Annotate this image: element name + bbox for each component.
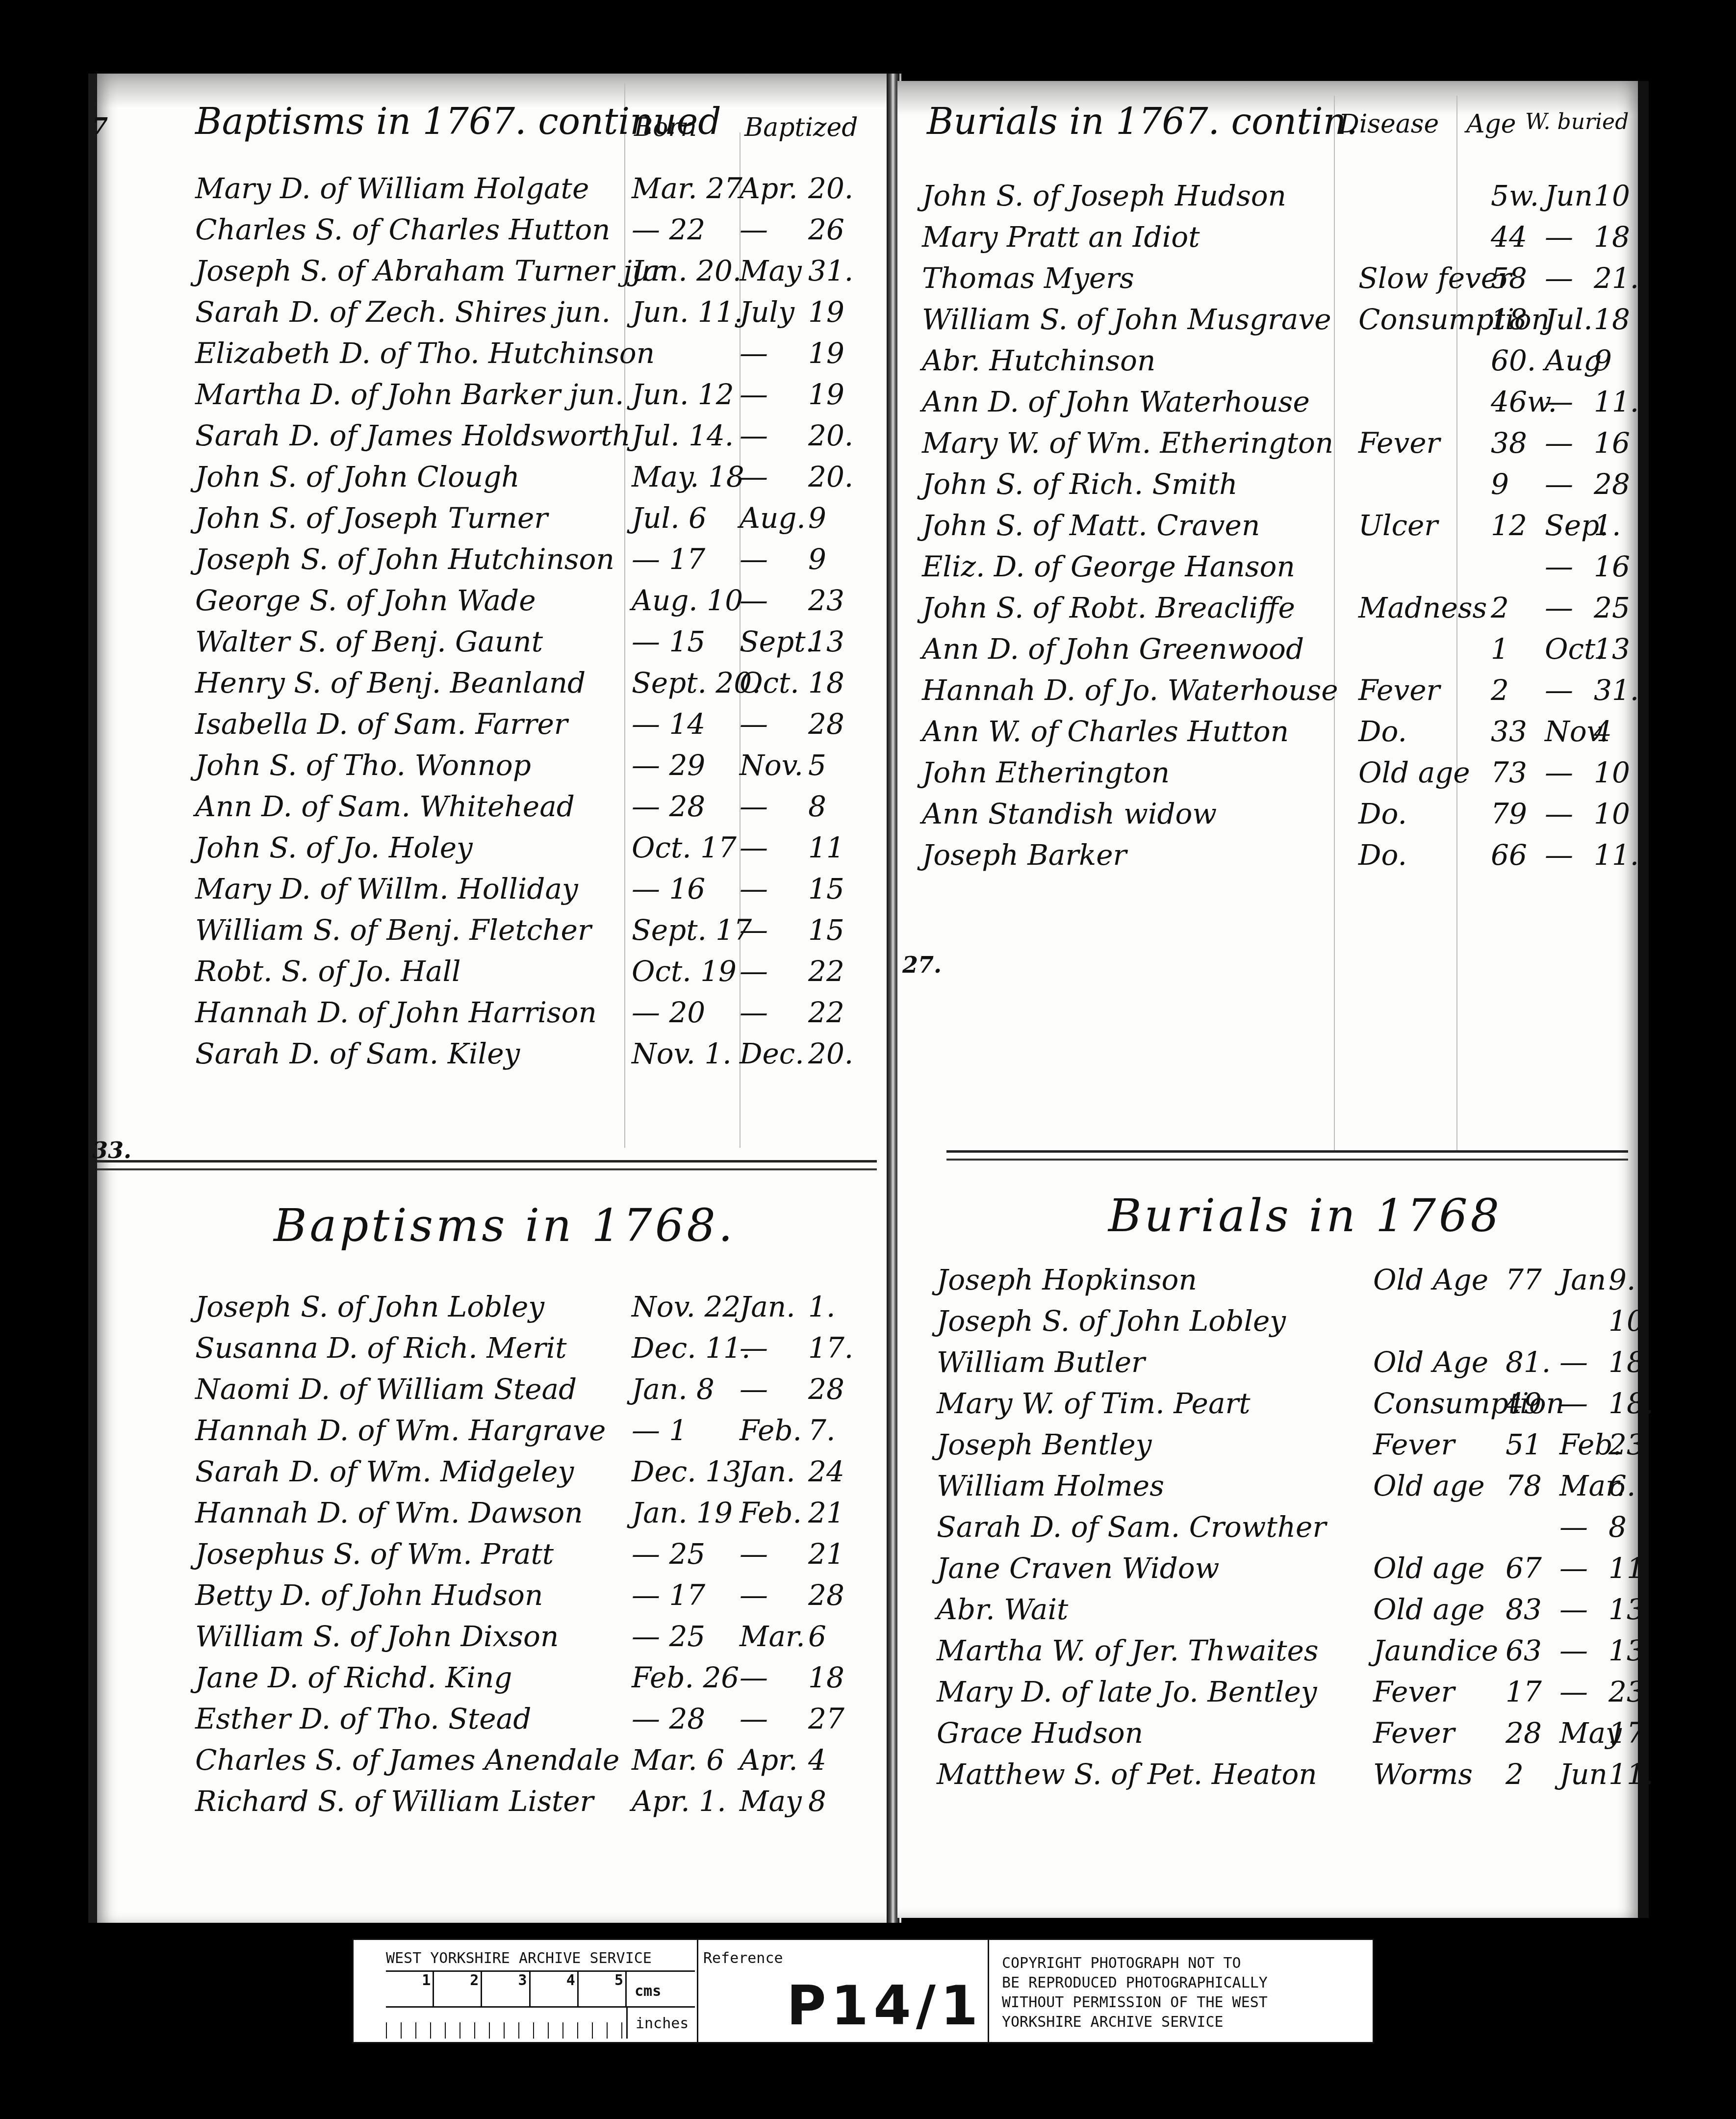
age-at-death: 66 <box>1491 838 1535 872</box>
right-register-page: Burials in 1767. contin. Disease Age W. … <box>897 81 1649 1918</box>
register-entry: John S. of Matt. CravenUlcer12Sep.1. <box>922 509 1628 550</box>
baptism-day: 23 <box>808 584 862 617</box>
age-at-death: 63 <box>1506 1634 1550 1667</box>
baptism-month: July <box>740 295 793 329</box>
reference-cell: Reference P14/1 <box>698 1940 989 2042</box>
baptism-day: 20. <box>808 460 862 493</box>
register-entry: Ann D. of John Greenwood1Oct.13 <box>922 632 1628 673</box>
age-at-death: 49 <box>1506 1387 1550 1420</box>
baptism-month: — <box>740 872 793 905</box>
copyright-line: COPYRIGHT PHOTOGRAPH NOT TO <box>1002 1954 1373 1973</box>
burial-day: 17 <box>1608 1716 1653 1750</box>
burial-day: 8 <box>1608 1510 1653 1544</box>
baptism-month: — <box>740 213 793 246</box>
register-entry: Sarah D. of Wm. MidgeleyDec. 13Jan.24 <box>195 1455 892 1496</box>
baptism-day: 28 <box>808 1578 862 1612</box>
deceased-name: Ann Standish widow <box>922 797 1217 830</box>
register-entry: John S. of Tho. Wonnop— 29Nov.5 <box>195 749 892 790</box>
register-entry: Charles S. of Charles Hutton— 22—26 <box>195 213 892 254</box>
burial-month: Mar. <box>1559 1469 1608 1502</box>
born-date: Jan. 20. <box>632 254 735 287</box>
burial-month: — <box>1559 1634 1608 1667</box>
archive-reference-label: WEST YORKSHIRE ARCHIVE SERVICE 12345cms … <box>352 1938 1374 2043</box>
baptism-day: 28 <box>808 707 862 741</box>
deceased-name: Mary Pratt an Idiot <box>922 220 1200 254</box>
child-name: Walter S. of Benj. Gaunt <box>195 625 543 658</box>
burial-month: Jul. <box>1545 303 1594 336</box>
age-at-death: 5w. <box>1491 179 1535 212</box>
left-register-page: 7 Baptisms in 1767. continued Born Bapti… <box>88 74 901 1923</box>
burial-month: Feb. <box>1559 1428 1608 1461</box>
inch-unit: inches <box>628 2006 689 2039</box>
baptism-month: — <box>740 707 793 741</box>
copyright-notice: COPYRIGHT PHOTOGRAPH NOT TOBE REPRODUCED… <box>989 1940 1373 2042</box>
deceased-name: Grace Hudson <box>937 1716 1143 1750</box>
register-entry: Mary Pratt an Idiot44—18 <box>922 220 1628 261</box>
age-at-death: 12 <box>1491 509 1535 542</box>
age-at-death: 17 <box>1506 1675 1550 1708</box>
born-date: Dec. 11. <box>632 1331 735 1365</box>
age-at-death: 77 <box>1506 1263 1550 1296</box>
baptism-day: 18 <box>808 1661 862 1694</box>
burial-day: 13 <box>1608 1634 1653 1667</box>
baptism-day: 15 <box>808 913 862 947</box>
burial-day: 1. <box>1594 509 1638 542</box>
register-entry: John S. of Robt. BreacliffeMadness2—25 <box>922 591 1628 632</box>
deceased-name: Jane Craven Widow <box>937 1551 1219 1585</box>
baptism-day: 22 <box>808 996 862 1029</box>
born-date: Nov. 1. <box>632 1037 735 1070</box>
register-entry: Joseph S. of John Lobley10 <box>937 1304 1628 1345</box>
register-entry: Isabella D. of Sam. Farrer— 14—28 <box>195 707 892 749</box>
register-entry: Hannah D. of Wm. DawsonJan. 19Feb.21 <box>195 1496 892 1537</box>
age-at-death: 83 <box>1506 1593 1550 1626</box>
register-entry: John S. of John CloughMay. 18—20. <box>195 460 892 501</box>
child-name: Martha D. of John Barker jun. <box>195 378 624 411</box>
inch-ticks <box>386 2006 628 2039</box>
column-header-buried: W. buried <box>1525 109 1629 134</box>
baptism-month: May <box>740 254 793 287</box>
baptism-day: 24 <box>808 1455 862 1488</box>
baptism-day: 5 <box>808 749 862 782</box>
age-at-death: 2 <box>1506 1757 1550 1791</box>
baptism-day: 13 <box>808 625 862 658</box>
deceased-name: Thomas Myers <box>922 261 1134 295</box>
cm-mark: 2 <box>434 1972 482 2006</box>
register-entry: Jane D. of Richd. KingFeb. 26—18 <box>195 1661 892 1702</box>
baptism-month: Jan. <box>740 1455 793 1488</box>
register-entry: Josephus S. of Wm. Pratt— 25—21 <box>195 1537 892 1578</box>
child-name: Henry S. of Benj. Beanland <box>195 666 586 699</box>
age-at-death: 78 <box>1506 1469 1550 1502</box>
baptism-month: Jan. <box>740 1290 793 1323</box>
age-at-death: 58 <box>1491 261 1535 295</box>
register-entry: John S. of Jo. HoleyOct. 17—11 <box>195 831 892 872</box>
age-at-death: 18 <box>1491 303 1535 336</box>
baptism-day: 9 <box>808 543 862 576</box>
burial-month: May <box>1559 1716 1608 1750</box>
deceased-name: John S. of Joseph Hudson <box>922 179 1286 212</box>
born-date: Feb. 26 <box>632 1661 735 1694</box>
register-entry: William S. of Benj. FletcherSept. 17—15 <box>195 913 892 955</box>
child-name: Sarah D. of Sam. Kiley <box>195 1037 520 1070</box>
baptism-month: — <box>740 996 793 1029</box>
burial-month: Nov. <box>1545 715 1594 748</box>
born-date: — 1 <box>632 1414 735 1447</box>
age-at-death: 2 <box>1491 591 1535 624</box>
burial-day: 18 <box>1594 303 1638 336</box>
baptism-month: Aug. <box>740 501 793 535</box>
reference-value: P14/1 <box>787 1974 983 2037</box>
burial-day: 25 <box>1594 591 1638 624</box>
baptism-day: 20. <box>808 419 862 452</box>
age-at-death: 73 <box>1491 756 1535 789</box>
child-name: Sarah D. of Zech. Shires jun. <box>195 295 611 329</box>
cm-unit: cms <box>627 1972 695 2006</box>
age-at-death: 44 <box>1491 220 1535 254</box>
age-at-death: 79 <box>1491 797 1535 830</box>
register-entry: Mary W. of Wm. EtheringtonFever38—16 <box>922 426 1628 467</box>
copyright-line: BE REPRODUCED PHOTOGRAPHICALLY <box>1002 1973 1373 1993</box>
register-entry: Ann Standish widowDo.79—10 <box>922 797 1628 838</box>
burial-month: — <box>1545 426 1594 460</box>
burial-month: — <box>1559 1593 1608 1626</box>
register-entry: Elizabeth D. of Tho. Hutchinson—19 <box>195 336 892 378</box>
register-entry: Betty D. of John Hudson— 17—28 <box>195 1578 892 1620</box>
born-date: — 25 <box>632 1620 735 1653</box>
born-date: Apr. 1. <box>632 1784 735 1818</box>
register-entry: Mary W. of Tim. PeartConsumption49—18. <box>937 1387 1628 1428</box>
baptism-month: — <box>740 543 793 576</box>
reference-label: Reference <box>703 1950 783 1967</box>
archive-name: WEST YORKSHIRE ARCHIVE SERVICE <box>386 1950 652 1967</box>
baptism-month: — <box>740 419 793 452</box>
burial-month: — <box>1545 838 1594 872</box>
baptism-day: 21 <box>808 1496 862 1529</box>
burial-month: — <box>1559 1510 1608 1544</box>
baptism-month: May <box>740 1784 793 1818</box>
burial-day: 18. <box>1608 1387 1653 1420</box>
baptism-month: — <box>740 460 793 493</box>
register-entry: William S. of John MusgraveConsumption18… <box>922 303 1628 344</box>
born-date: — 28 <box>632 1702 735 1735</box>
child-name: Richard S. of William Lister <box>195 1784 593 1818</box>
born-date: Jan. 8 <box>632 1372 735 1406</box>
register-entry: John S. of Rich. Smith9—28 <box>922 467 1628 509</box>
born-date: — 29 <box>632 749 735 782</box>
age-at-death: 1 <box>1491 632 1535 666</box>
age-at-death: 81. <box>1506 1345 1550 1379</box>
burial-day: 18 <box>1594 220 1638 254</box>
burial-month: Oct. <box>1545 632 1594 666</box>
child-name: Robt. S. of Jo. Hall <box>195 955 461 988</box>
child-name: Susanna D. of Rich. Merit <box>195 1331 567 1365</box>
baptism-month: — <box>740 1661 793 1694</box>
child-name: Jane D. of Richd. King <box>195 1661 512 1694</box>
burial-month: — <box>1545 797 1594 830</box>
register-entry: Matthew S. of Pet. HeatonWorms2Jun11. <box>937 1757 1628 1799</box>
register-entry: Joseph S. of John Hutchinson— 17—9 <box>195 543 892 584</box>
born-date: Oct. 17 <box>632 831 735 864</box>
deceased-name: Joseph Hopkinson <box>937 1263 1197 1296</box>
register-entry: Esther D. of Tho. Stead— 28—27 <box>195 1702 892 1743</box>
baptism-month: — <box>740 831 793 864</box>
register-entry: Ann W. of Charles HuttonDo.33Nov.4 <box>922 715 1628 756</box>
child-name: Esther D. of Tho. Stead <box>195 1702 531 1735</box>
deceased-name: William S. of John Musgrave <box>922 303 1331 336</box>
deceased-name: John Etherington <box>922 756 1170 789</box>
baptism-day: 8 <box>808 790 862 823</box>
cm-mark: 4 <box>531 1972 579 2006</box>
burial-day: 18 <box>1608 1345 1653 1379</box>
register-entry: Martha D. of John Barker jun.Jun. 12—19 <box>195 378 892 419</box>
burial-day: 11. <box>1594 385 1638 418</box>
section-title-burials-1768: Burials in 1768 <box>1108 1189 1502 1242</box>
burial-month: Aug <box>1545 344 1594 377</box>
baptism-month: — <box>740 790 793 823</box>
child-name: Hannah D. of Wm. Hargrave <box>195 1414 606 1447</box>
deceased-name: Hannah D. of Jo. Waterhouse <box>922 673 1338 707</box>
baptism-month: — <box>740 1702 793 1735</box>
age-at-death: 9 <box>1491 467 1535 501</box>
burial-month: — <box>1545 467 1594 501</box>
section-title-baptisms-1768: Baptisms in 1768. <box>274 1199 736 1252</box>
child-name: Isabella D. of Sam. Farrer <box>195 707 568 741</box>
baptism-month: — <box>740 955 793 988</box>
baptism-month: — <box>740 584 793 617</box>
register-entry: Thomas MyersSlow fever58—21. <box>922 261 1628 303</box>
deceased-name: Abr. Hutchinson <box>922 344 1155 377</box>
register-entry: John S. of Joseph TurnerJul. 6Aug.9 <box>195 501 892 543</box>
margin-mark: 7 <box>92 113 108 139</box>
register-entry: Joseph BarkerDo.66—11. <box>922 838 1628 879</box>
scale-cell: WEST YORKSHIRE ARCHIVE SERVICE 12345cms … <box>354 1940 698 2042</box>
child-name: Joseph S. of Abraham Turner jun. <box>195 254 678 287</box>
baptism-day: 6 <box>808 1620 862 1653</box>
cm-mark: 5 <box>579 1972 627 2006</box>
section-title-burials-1767: Burials in 1767. contin. <box>927 101 1358 143</box>
age-at-death: 28 <box>1506 1716 1550 1750</box>
copyright-line: YORKSHIRE ARCHIVE SERVICE <box>1002 2013 1373 2032</box>
burial-month: Jun <box>1545 179 1594 212</box>
baptism-month: Oct. <box>740 666 793 699</box>
burial-month: — <box>1545 220 1594 254</box>
burial-month: — <box>1545 261 1594 295</box>
age-at-death: 2 <box>1491 673 1535 707</box>
deceased-name: William Butler <box>937 1345 1145 1379</box>
born-date: — 15 <box>632 625 735 658</box>
column-header-age: Age <box>1466 109 1516 139</box>
section-divider <box>97 1160 877 1170</box>
born-date: — 16 <box>632 872 735 905</box>
deceased-name: Mary D. of late Jo. Bentley <box>937 1675 1317 1708</box>
child-name: William S. of John Dixson <box>195 1620 559 1653</box>
register-entry: Martha W. of Jer. ThwaitesJaundice63—13 <box>937 1634 1628 1675</box>
burial-month: Sep. <box>1545 509 1594 542</box>
burials-1768-list: Joseph HopkinsonOld Age77Jan9.Joseph S. … <box>937 1263 1628 1799</box>
age-at-death: 46w. <box>1491 385 1535 418</box>
column-header-baptized: Baptized <box>744 113 858 142</box>
baptism-month: — <box>740 1537 793 1571</box>
cm-mark: 3 <box>482 1972 530 2006</box>
child-name: John S. of Joseph Turner <box>195 501 548 535</box>
burial-month: — <box>1559 1345 1608 1379</box>
child-name: John S. of Jo. Holey <box>195 831 473 864</box>
inch-scale: inches <box>386 2006 695 2039</box>
born-date: Jul. 6 <box>632 501 735 535</box>
baptism-day: 17. <box>808 1331 862 1365</box>
burial-month: — <box>1545 591 1594 624</box>
child-name: Joseph S. of John Lobley <box>195 1290 544 1323</box>
born-date: Oct. 19 <box>632 955 735 988</box>
burial-month: — <box>1559 1387 1608 1420</box>
register-entry: Sarah D. of Sam. KileyNov. 1.Dec.20. <box>195 1037 892 1078</box>
deceased-name: Ann D. of John Greenwood <box>922 632 1304 666</box>
child-name: Sarah D. of Wm. Midgeley <box>195 1455 574 1488</box>
burial-day: 10 <box>1594 179 1638 212</box>
column-header-born: Born <box>634 113 697 142</box>
deceased-name: John S. of Robt. Breacliffe <box>922 591 1295 624</box>
burial-day: 9 <box>1594 344 1638 377</box>
register-entry: Robt. S. of Jo. HallOct. 19—22 <box>195 955 892 996</box>
baptism-day: 31. <box>808 254 862 287</box>
burial-month: Jan <box>1559 1263 1608 1296</box>
deceased-name: Ann W. of Charles Hutton <box>922 715 1289 748</box>
burial-day: 10 <box>1594 756 1638 789</box>
register-entry: George S. of John WadeAug. 10—23 <box>195 584 892 625</box>
born-date: Jun. 12 <box>632 378 735 411</box>
baptism-day: 20. <box>808 1037 862 1070</box>
register-entry: Mary D. of late Jo. BentleyFever17—23 <box>937 1675 1628 1716</box>
child-name: Hannah D. of John Harrison <box>195 996 597 1029</box>
burial-day: 13 <box>1608 1593 1653 1626</box>
baptism-month: — <box>740 378 793 411</box>
burial-day: 23 <box>1608 1675 1653 1708</box>
baptism-day: 26 <box>808 213 862 246</box>
born-date: Sept. 20. <box>632 666 735 699</box>
born-date: — 25 <box>632 1537 735 1571</box>
born-date: — 14 <box>632 707 735 741</box>
baptism-day: 15 <box>808 872 862 905</box>
register-entry: Grace HudsonFever28May17 <box>937 1716 1628 1757</box>
deceased-name: Mary W. of Tim. Peart <box>937 1387 1251 1420</box>
burial-month: — <box>1545 756 1594 789</box>
baptism-month: Apr. <box>740 1743 793 1777</box>
baptism-month: Apr. <box>740 172 793 205</box>
baptisms-1767-list: Mary D. of William HolgateMar. 27Apr.20.… <box>195 172 892 1078</box>
burial-month: — <box>1559 1675 1608 1708</box>
register-entry: Sarah D. of Zech. Shires jun.Jun. 11.Jul… <box>195 295 892 336</box>
born-date: Nov. 22 <box>632 1290 735 1323</box>
born-date: Jun. 11. <box>632 295 735 329</box>
child-name: William S. of Benj. Fletcher <box>195 913 591 947</box>
born-date: Jan. 19 <box>632 1496 735 1529</box>
baptism-month: Feb. <box>740 1496 793 1529</box>
child-name: John S. of Tho. Wonnop <box>195 749 531 782</box>
age-at-death: 67 <box>1506 1551 1550 1585</box>
centimetre-scale: 12345cms <box>386 1970 695 2008</box>
age-at-death: 60. <box>1491 344 1535 377</box>
register-entry: John S. of Joseph Hudson5w.Jun10 <box>922 179 1628 220</box>
born-date: — 17 <box>632 543 735 576</box>
register-entry: William ButlerOld Age81.—18 <box>937 1345 1628 1387</box>
child-name: Ann D. of Sam. Whitehead <box>195 790 575 823</box>
baptism-month: Mar. <box>740 1620 793 1653</box>
baptism-day: 19 <box>808 295 862 329</box>
burial-day: 21. <box>1594 261 1638 295</box>
burial-day: 11 <box>1608 1551 1653 1585</box>
baptism-day: 19 <box>808 336 862 370</box>
child-name: Joseph S. of John Hutchinson <box>195 543 614 576</box>
baptism-month: — <box>740 1331 793 1365</box>
born-date: Mar. 6 <box>632 1743 735 1777</box>
deceased-name: Joseph S. of John Lobley <box>937 1304 1286 1338</box>
baptism-day: 8 <box>808 1784 862 1818</box>
child-name: Josephus S. of Wm. Pratt <box>195 1537 554 1571</box>
burial-day: 11. <box>1594 838 1638 872</box>
child-name: Naomi D. of William Stead <box>195 1372 577 1406</box>
baptism-day: 1. <box>808 1290 862 1323</box>
born-date: May. 18 <box>632 460 735 493</box>
child-name: Mary D. of William Holgate <box>195 172 589 205</box>
baptism-day: 11 <box>808 831 862 864</box>
baptism-day: 18 <box>808 666 862 699</box>
burials-1767-list: John S. of Joseph Hudson5w.Jun10Mary Pra… <box>922 179 1628 879</box>
age-at-death: 33 <box>1491 715 1535 748</box>
register-entry: Abr. Hutchinson60.Aug9 <box>922 344 1628 385</box>
child-name: Mary D. of Willm. Holliday <box>195 872 578 905</box>
column-header-disease: Disease <box>1339 109 1439 139</box>
register-entry: Hannah D. of Jo. WaterhouseFever2—31. <box>922 673 1628 715</box>
child-name: John S. of John Clough <box>195 460 520 493</box>
child-name: Hannah D. of Wm. Dawson <box>195 1496 583 1529</box>
register-entry: Abr. WaitOld age83—13 <box>937 1593 1628 1634</box>
baptism-month: Feb. <box>740 1414 793 1447</box>
child-name: Charles S. of Charles Hutton <box>195 213 610 246</box>
deceased-name: John S. of Rich. Smith <box>922 467 1238 501</box>
child-name: Charles S. of James Anendale <box>195 1743 619 1777</box>
burial-day: 16 <box>1594 550 1638 583</box>
born-date: Dec. 13 <box>632 1455 735 1488</box>
born-date: — 20 <box>632 996 735 1029</box>
register-entry: Joseph HopkinsonOld Age77Jan9. <box>937 1263 1628 1304</box>
register-entry: Susanna D. of Rich. MeritDec. 11.—17. <box>195 1331 892 1372</box>
child-name: George S. of John Wade <box>195 584 536 617</box>
deceased-name: Sarah D. of Sam. Crowther <box>937 1510 1326 1544</box>
section-divider <box>946 1150 1628 1161</box>
deceased-name: John S. of Matt. Craven <box>922 509 1260 542</box>
deceased-name: Joseph Barker <box>922 838 1126 872</box>
burial-month: — <box>1559 1551 1608 1585</box>
baptism-day: 22 <box>808 955 862 988</box>
burial-day: 16 <box>1594 426 1638 460</box>
register-entry: Joseph BentleyFever51Feb.23 <box>937 1428 1628 1469</box>
register-entry: William HolmesOld age78Mar.6. <box>937 1469 1628 1510</box>
burial-month: Jun <box>1559 1757 1608 1791</box>
baptism-month: — <box>740 1578 793 1612</box>
register-entry: Mary D. of William HolgateMar. 27Apr.20. <box>195 172 892 213</box>
burial-day: 9. <box>1608 1263 1653 1296</box>
age-at-death: 51 <box>1506 1428 1550 1461</box>
deceased-name: William Holmes <box>937 1469 1164 1502</box>
cm-mark: 1 <box>386 1972 434 2006</box>
burial-day: 10 <box>1608 1304 1653 1338</box>
baptism-month: — <box>740 1372 793 1406</box>
baptism-day: 7. <box>808 1414 862 1447</box>
register-entry: Richard S. of William ListerApr. 1.May8 <box>195 1784 892 1826</box>
register-entry: Jane Craven WidowOld age67—11 <box>937 1551 1628 1593</box>
baptism-month: Dec. <box>740 1037 793 1070</box>
